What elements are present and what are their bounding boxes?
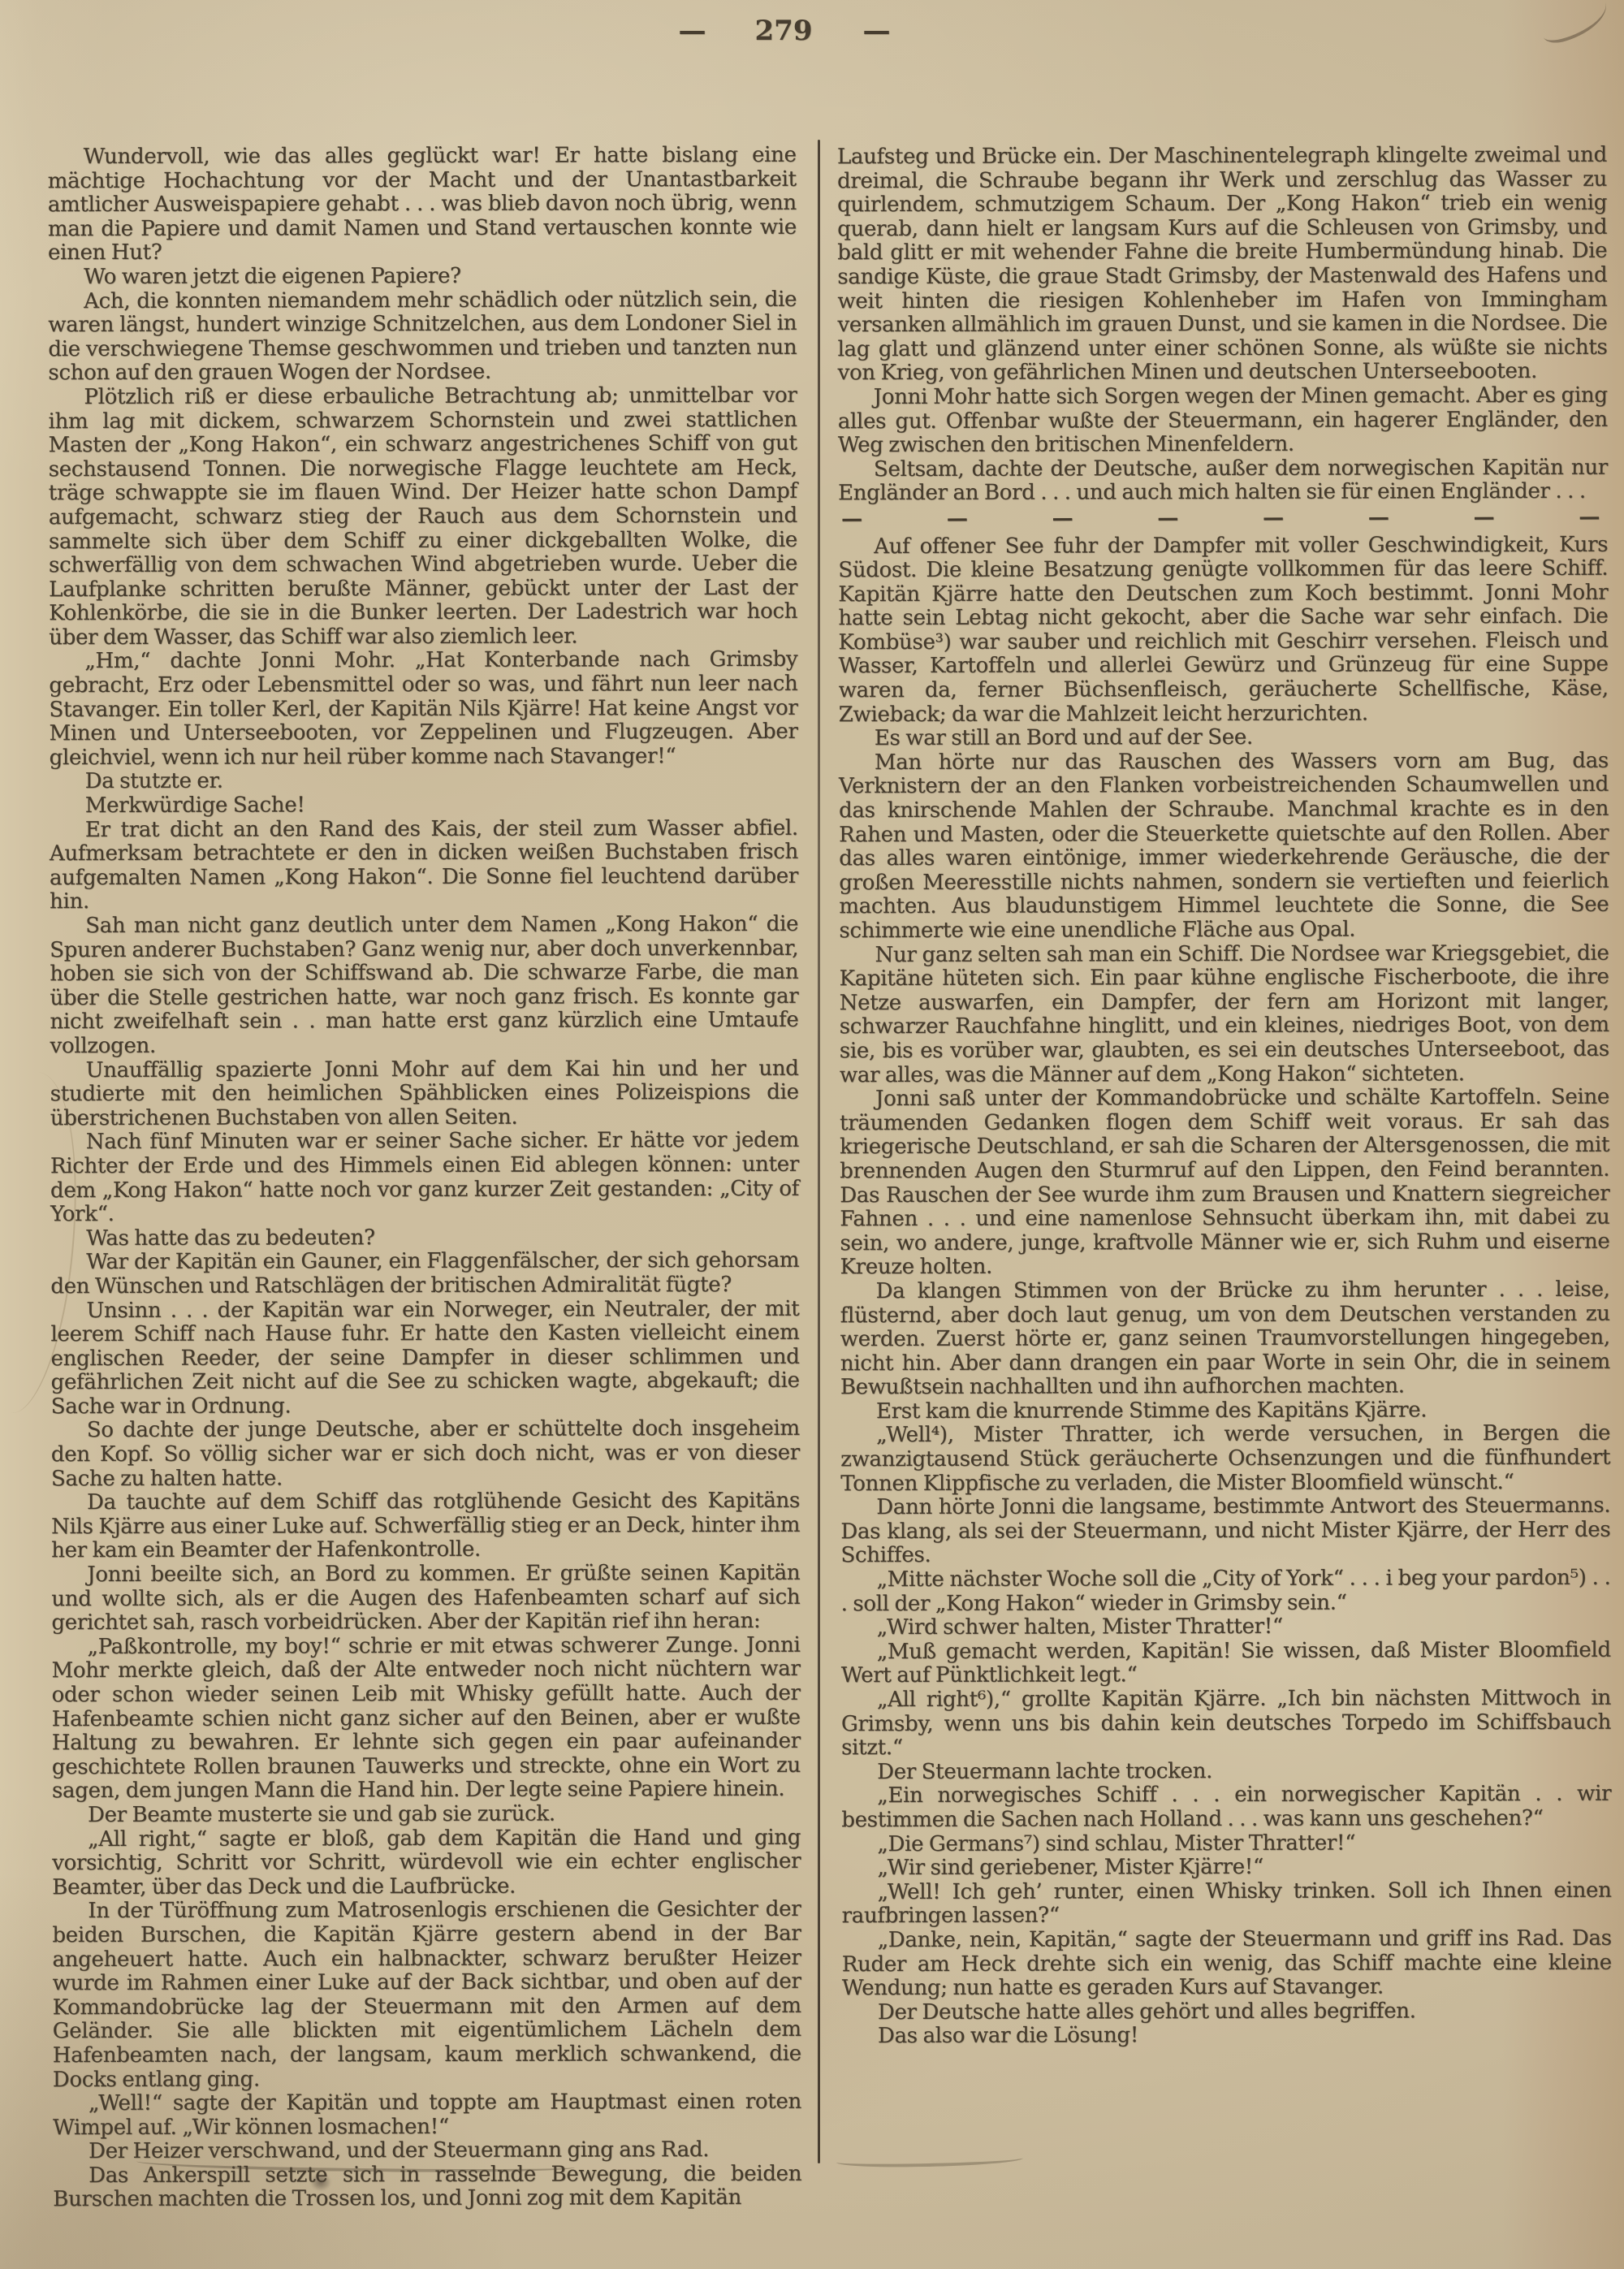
paragraph: Dann hörte Jonni die langsame, bestimmte…	[840, 1494, 1610, 1568]
right-column: Laufsteg und Brücke ein. Der Maschinente…	[837, 144, 1612, 2049]
paragraph: Das Ankerspill setzte sich in rasselnde …	[53, 2163, 801, 2213]
page-number: 279	[755, 15, 813, 47]
paragraph: War der Kapitän ein Gauner, ein Flaggenf…	[50, 1249, 799, 1299]
paragraph: Jonni beeilte sich, an Bord zu kommen. E…	[51, 1562, 800, 1636]
paragraph: Da stutzte er.	[50, 768, 798, 794]
paragraph: Erst kam die knurrende Stimme des Kapitä…	[840, 1398, 1610, 1424]
paragraph: „Paßkontrolle, my boy!“ schrie er mit et…	[51, 1634, 801, 1804]
paragraph: Seltsam, dachte der Deutsche, außer dem …	[838, 456, 1608, 506]
paragraph: Es war still an Bord und auf der See.	[839, 725, 1609, 751]
paragraph: „All right,“ sagte er bloß, gab dem Kapi…	[52, 1826, 801, 1899]
dash: —	[841, 508, 862, 532]
dash: —	[1474, 506, 1495, 530]
page-header: — 279 —	[0, 11, 1567, 50]
paragraph: „Mitte nächster Woche soll die „City of …	[841, 1567, 1611, 1617]
page-header-dash-left: —	[679, 15, 705, 47]
pencil-underline	[836, 2152, 1023, 2168]
paragraph: Auf offener See fuhr der Dampfer mit vol…	[838, 533, 1609, 727]
paragraph: Unsinn . . . der Kapitän war ein Norwege…	[50, 1297, 799, 1419]
paragraph: „Muß gemacht werden, Kapitän! Sie wissen…	[841, 1639, 1611, 1689]
paragraph: „Danke, nein, Kapitän,“ sagte der Steuer…	[842, 1927, 1612, 2001]
paragraph: „All right⁶),“ grollte Kapitän Kjärre. „…	[841, 1687, 1611, 1761]
paragraph: Ach, die konnten niemandem mehr schädlic…	[48, 287, 797, 386]
page-header-dash-right: —	[862, 15, 888, 47]
scanned-book-page: — 279 — Wundervoll, wie das alles geglüc…	[0, 0, 1624, 2269]
dash: —	[947, 508, 968, 532]
paragraph: Jonni saß unter der Kommandobrücke und s…	[840, 1086, 1610, 1280]
paragraph: „Well!“ sagte der Kapitän und toppte am …	[53, 2090, 801, 2141]
paragraph: „Well! Ich geh’ runter, einen Whisky tri…	[842, 1879, 1612, 1930]
dash: —	[1263, 507, 1284, 531]
paragraph: Da klangen Stimmen von der Brücke zu ihm…	[840, 1278, 1610, 1400]
paragraph: Was hatte das zu bedeuten?	[50, 1225, 799, 1251]
paragraph: „Wir sind geriebener, Mister Kjärre!“	[841, 1855, 1611, 1881]
paragraph: „Hm,“ dachte Jonni Mohr. „Hat Konterband…	[49, 648, 797, 770]
paragraph: „Ein norwegisches Schiff . . . ein norwe…	[841, 1783, 1611, 1833]
paragraph: Der Deutsche hatte alles gehört und alle…	[842, 1999, 1612, 2025]
paragraph: Der Heizer verschwand, und der Steuerman…	[53, 2138, 801, 2164]
column-divider-rule	[818, 140, 820, 2163]
paragraph: So dachte der junge Deutsche, aber er sc…	[51, 1417, 800, 1491]
paragraph: „Die Germans⁷) sind schlau, Mister Thrat…	[841, 1830, 1611, 1856]
paragraph: Merkwürdige Sache!	[50, 793, 798, 819]
paragraph: „Well⁴), Mister Thratter, ich werde vers…	[840, 1422, 1610, 1496]
paragraph: Da tauchte auf dem Schiff das rotglühend…	[51, 1489, 800, 1563]
paragraph: Man hörte nur das Rauschen des Wassers v…	[839, 750, 1609, 944]
dash: —	[1052, 507, 1073, 531]
paragraph: Nach fünf Minuten war er seiner Sache si…	[50, 1129, 799, 1227]
paragraph: Plötzlich riß er diese erbauliche Betrac…	[48, 384, 797, 650]
paragraph: Wo waren jetzt die eigenen Papiere?	[48, 264, 797, 290]
paragraph: Das also war die Lösung!	[842, 2023, 1612, 2049]
paragraph: Der Steuermann lachte trocken.	[841, 1759, 1611, 1785]
paragraph: Wundervoll, wie das alles geglückt war! …	[48, 144, 797, 266]
dash: —	[1368, 506, 1389, 530]
paragraph: Laufsteg und Brücke ein. Der Maschinente…	[837, 144, 1608, 386]
paragraph: Der Beamte musterte sie und gab sie zurü…	[52, 1802, 801, 1828]
paragraph: Unauffällig spazierte Jonni Mohr auf dem…	[50, 1057, 799, 1130]
paragraph: „Wird schwer halten, Mister Thratter!“	[841, 1614, 1611, 1640]
dash: —	[1579, 506, 1600, 530]
left-column: Wundervoll, wie das alles geglückt war! …	[48, 144, 802, 2212]
dash: —	[1157, 507, 1178, 531]
paragraph: Er trat dicht an den Rand des Kais, der …	[50, 816, 798, 914]
paragraph: Jonni Mohr hatte sich Sorgen wegen der M…	[838, 384, 1608, 458]
paragraph: Nur ganz selten sah man ein Schiff. Die …	[840, 941, 1609, 1087]
section-break-dashes: ————————	[838, 504, 1608, 535]
paragraph: Sah man nicht ganz deutlich unter dem Na…	[50, 913, 798, 1059]
paragraph: In der Türöffnung zum Matrosenlogis ersc…	[52, 1898, 801, 2092]
